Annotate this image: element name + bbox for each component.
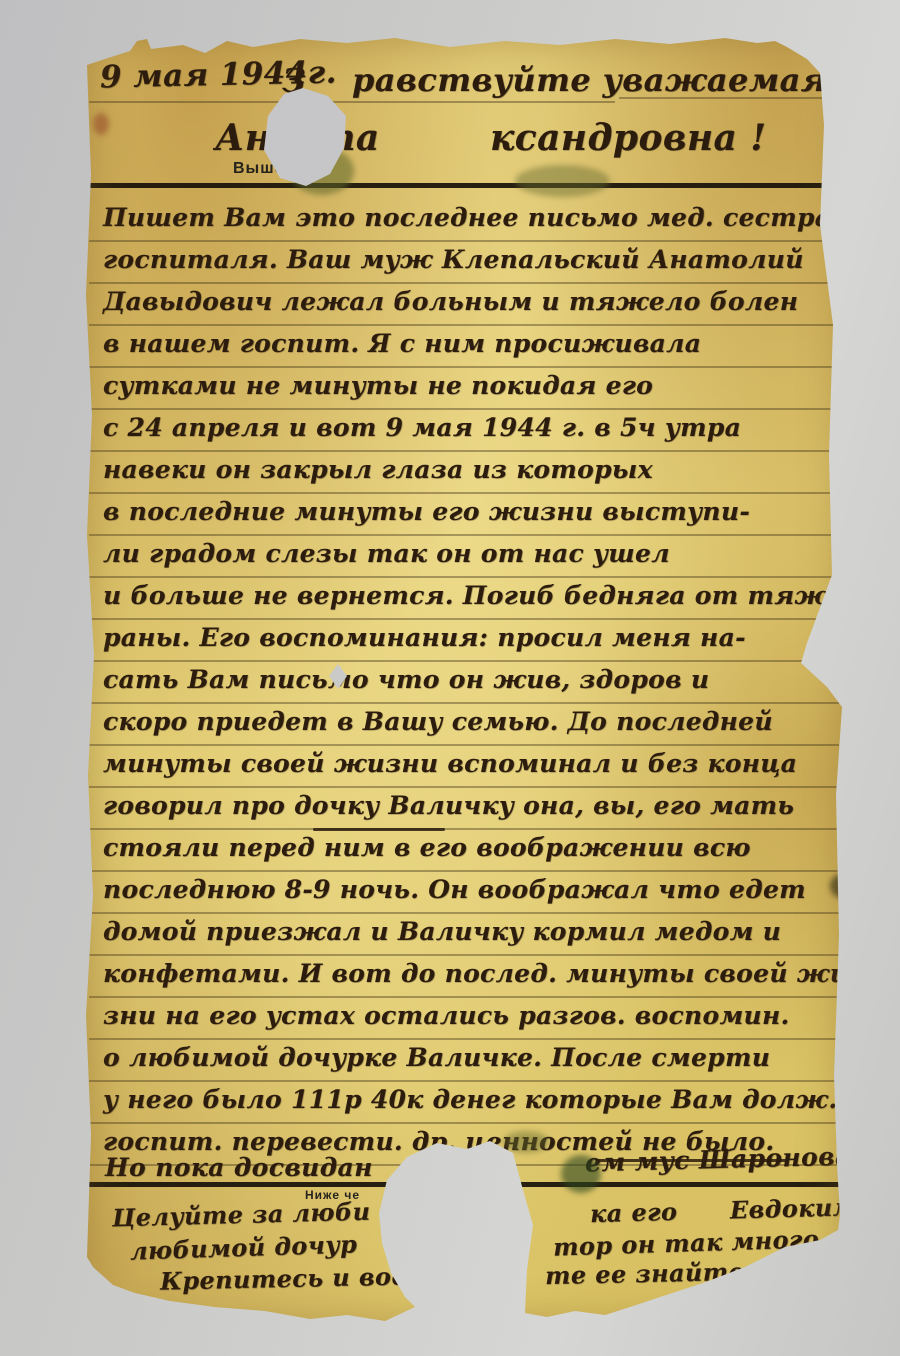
letter-paper: Выше Ниже че 9 мая 1944г. З равствуйте у… xyxy=(85,35,845,1327)
letter-line: домой приезжал и Валичку кормил медом и xyxy=(103,917,833,959)
letter-line: в нашем госпит. Я с ним просиживала xyxy=(103,329,833,371)
stain xyxy=(830,873,860,899)
letter-line: в последние минуты его жизни выступи- xyxy=(103,497,833,539)
letter-line: госпиталя. Ваш муж Клепальский Анатолий xyxy=(103,245,833,287)
stain xyxy=(561,1155,601,1193)
footer-line-fragment: те ее знайте xyxy=(545,1257,745,1290)
letter-line: скоро приедет в Вашу семью. До последней xyxy=(103,707,833,749)
letter-line: навеки он закрыл глаза из которых xyxy=(103,455,833,497)
letter-line: ли градом слезы так он от нас ушел xyxy=(103,539,833,581)
letter-line: Давыдович лежал больным и тяжело болен xyxy=(103,287,833,329)
letter-line: конфетами. И вот до послед. минуты своей… xyxy=(103,959,833,1001)
photograph-of-letter: Выше Ниже че 9 мая 1944г. З равствуйте у… xyxy=(0,0,900,1356)
letter-line: сутками не минуты не покидая его xyxy=(103,371,833,413)
stain xyxy=(503,1131,549,1153)
letter-line: минуты своей жизни вспоминал и без конца xyxy=(103,749,833,791)
closing-fragment-right: ем мус Шаронова xyxy=(585,1142,852,1178)
ink-underline-daughter-name xyxy=(313,828,445,831)
letter-body: Пишет Вам это последнее письмо мед. сест… xyxy=(103,203,833,1169)
letter-line: последнюю 8-9 ночь. Он воображал что еде… xyxy=(103,875,833,917)
ruled-line xyxy=(89,101,615,103)
footer-line-fragment: любимой дочур xyxy=(130,1229,358,1265)
letter-line: у него было 111р 40к денег которые Вам д… xyxy=(103,1085,833,1127)
closing-fragment-left: Но пока досвидан xyxy=(105,1153,373,1182)
footer-line-fragment: ка его Евдокимовн xyxy=(590,1191,900,1228)
form-divider-bottom xyxy=(87,1182,839,1187)
letter-line: зни на его устах остались разгов. воспом… xyxy=(103,1001,833,1043)
letter-line: с 24 апреля и вот 9 мая 1944 г. в 5ч утр… xyxy=(103,413,833,455)
letter-line: о любимой дочурке Валичке. После смерти xyxy=(103,1043,833,1085)
letter-line: раны. Его воспоминания: просил меня на- xyxy=(103,623,833,665)
letter-line: Пишет Вам это последнее письмо мед. сест… xyxy=(103,203,833,245)
greeting-fragment-right: равствуйте уважаемая xyxy=(352,61,827,99)
letter-line: говорил про дочку Валичку она, вы, его м… xyxy=(103,791,833,833)
footer-line-fragment: Целуйте за люби xyxy=(112,1197,371,1233)
letter-line: и больше не вернется. Погиб бедняга от т… xyxy=(103,581,833,623)
addressee-fragment-right: ксандровна ! xyxy=(490,117,766,159)
form-divider-top xyxy=(87,183,831,188)
footer-line-fragment: Крепитесь и воспитыв xyxy=(160,1259,509,1295)
letter-line: стояли перед ним в его воображении всю xyxy=(103,833,833,875)
stain xyxy=(93,113,109,135)
letter-line: сать Вам письмо что он жив, здоров и xyxy=(103,665,833,707)
stain xyxy=(515,165,610,197)
